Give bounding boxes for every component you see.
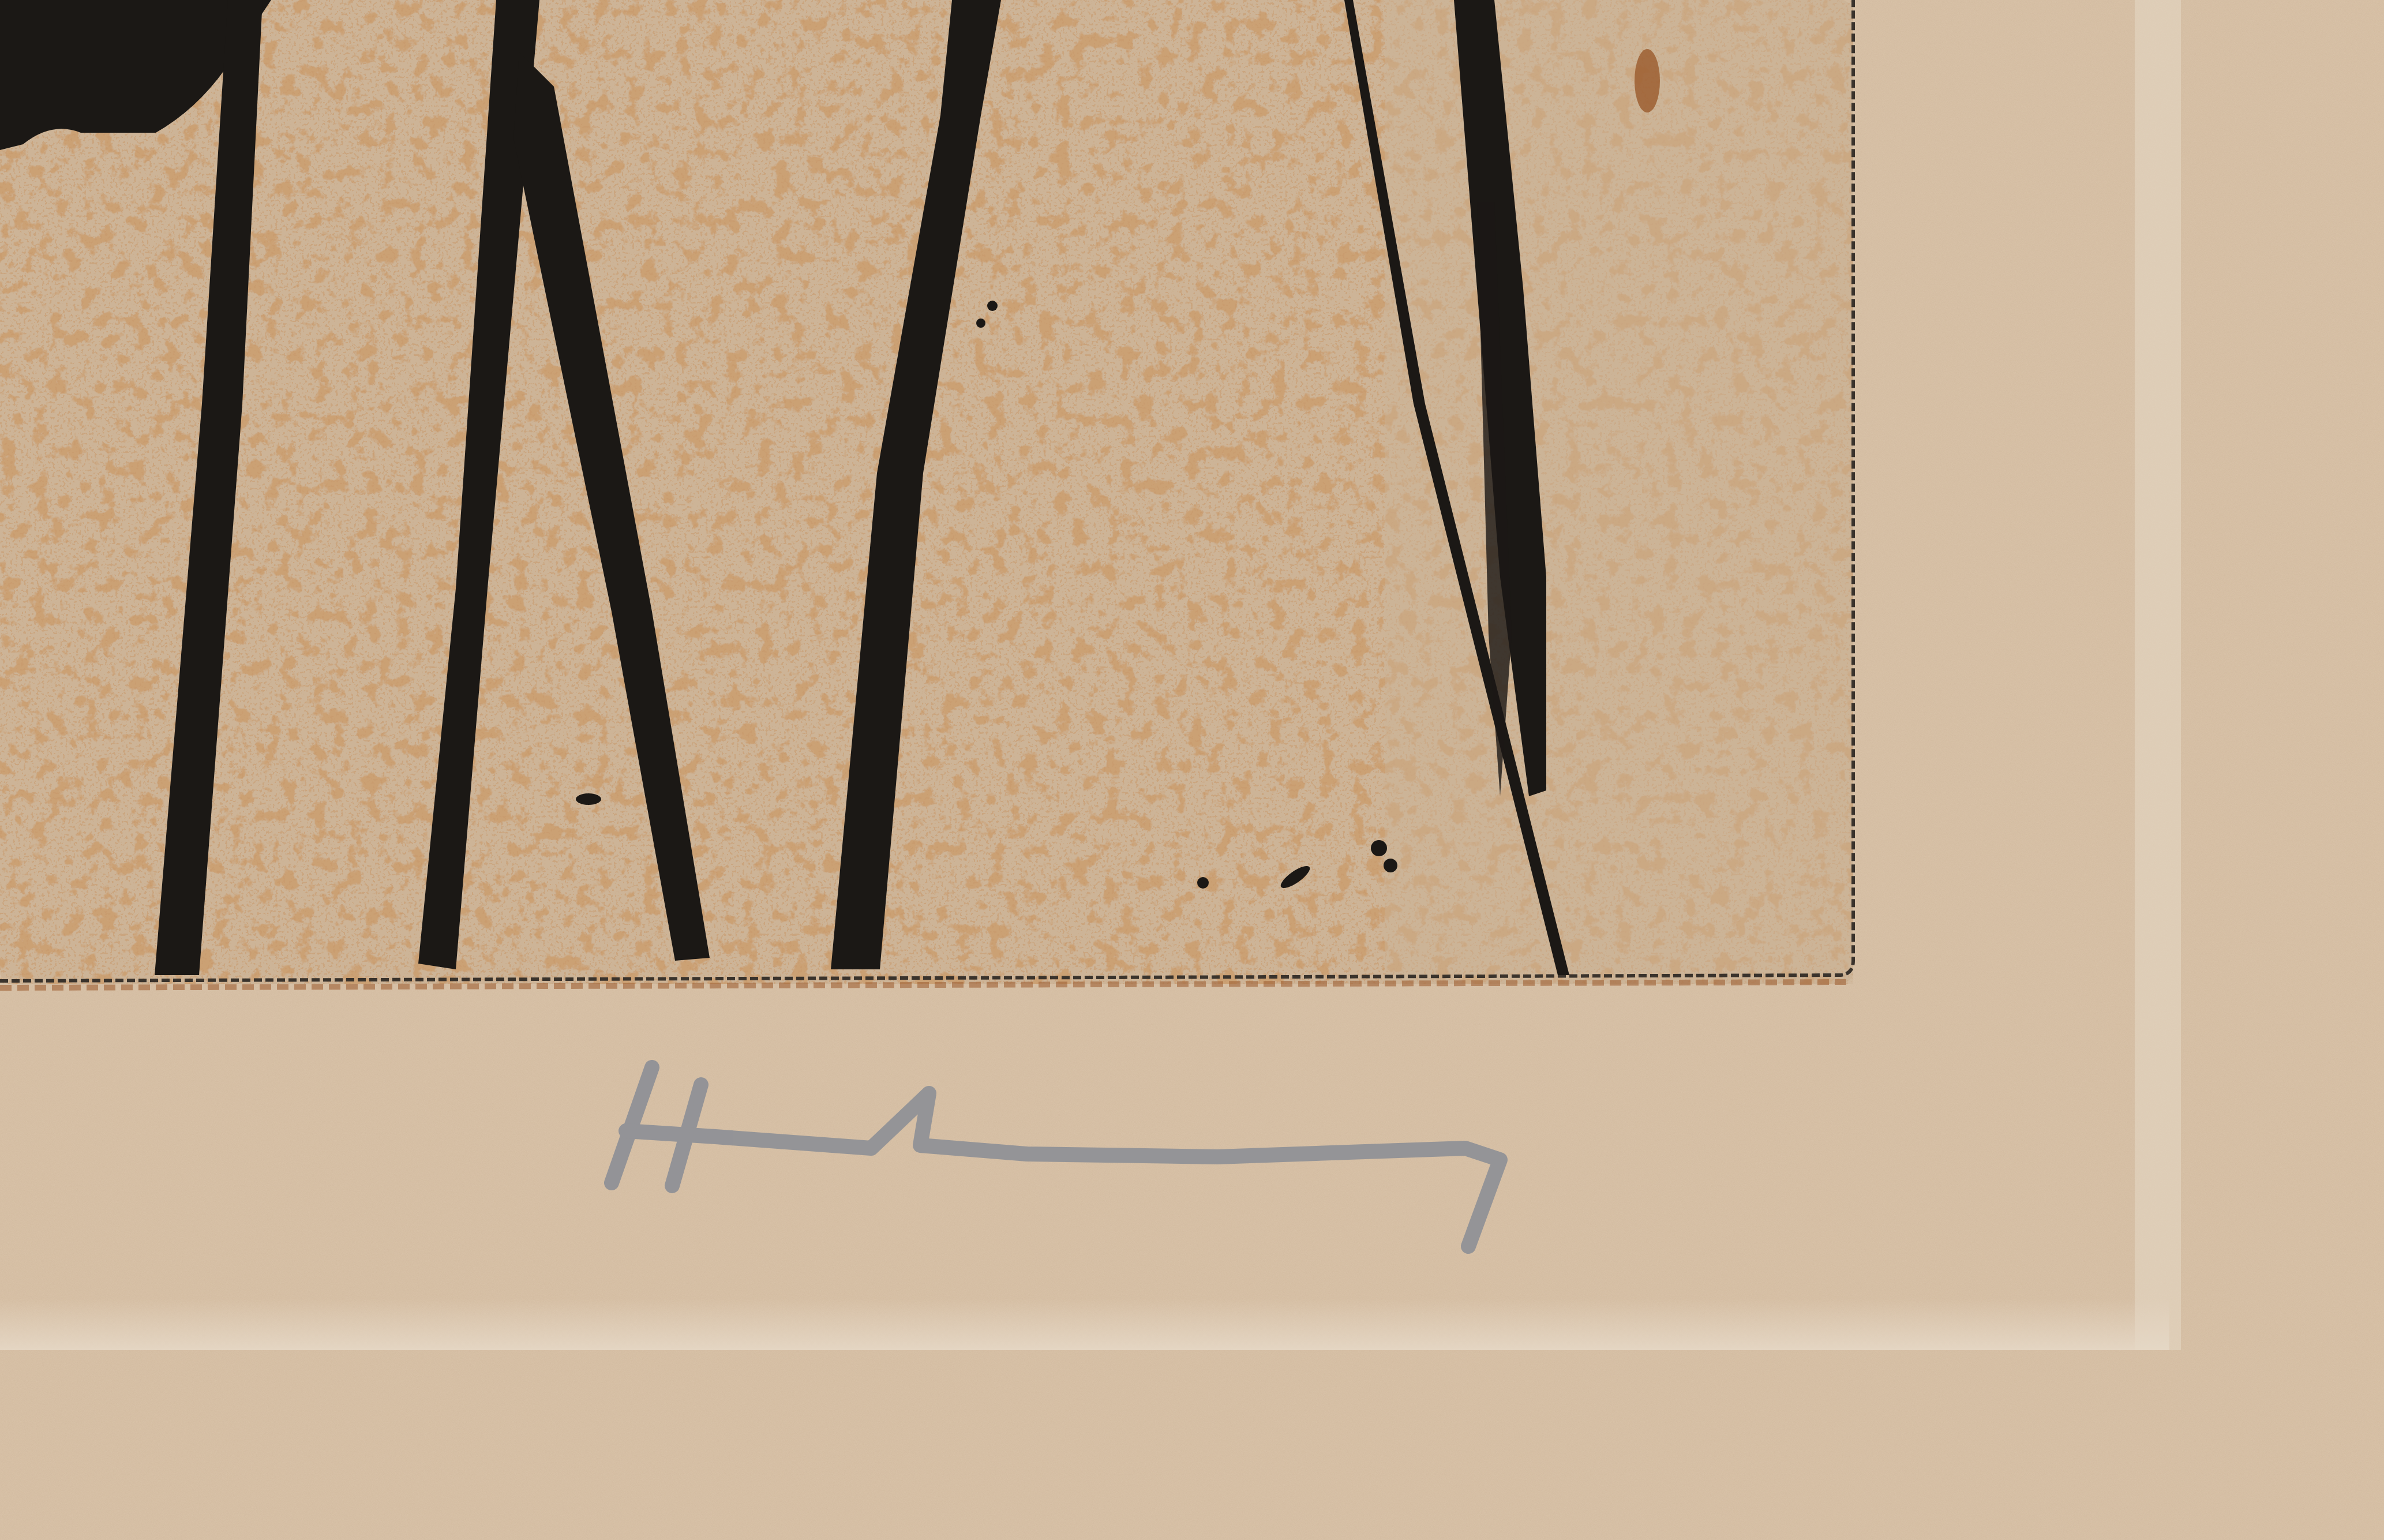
etching-plate <box>0 0 1853 988</box>
artwork-photo <box>0 0 2384 1540</box>
rust-stain <box>1635 49 1660 113</box>
